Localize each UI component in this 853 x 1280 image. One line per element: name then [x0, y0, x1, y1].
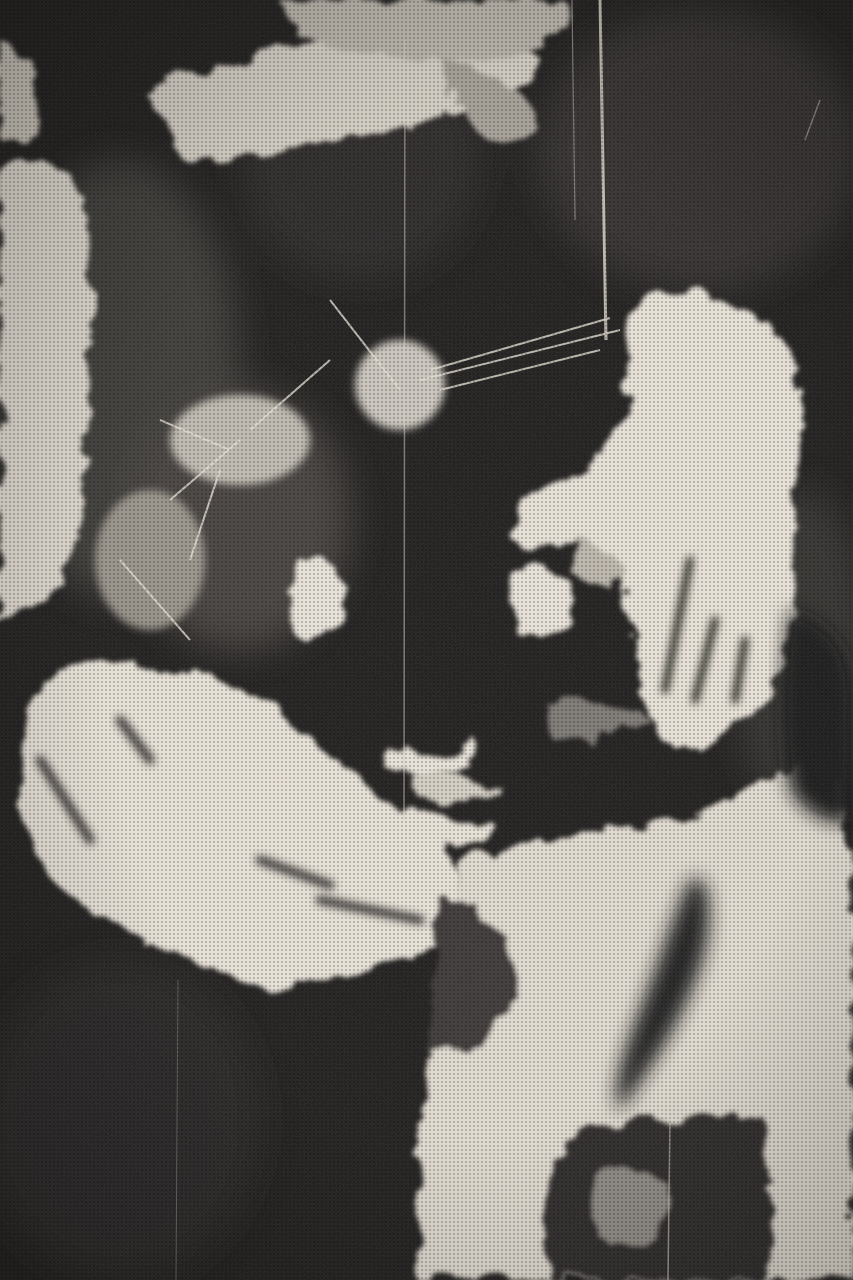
halftone-photograph: Abstract high-contrast black-and-white h… [0, 0, 853, 1280]
film-grain [0, 0, 853, 1280]
photo-canvas [0, 0, 853, 1280]
